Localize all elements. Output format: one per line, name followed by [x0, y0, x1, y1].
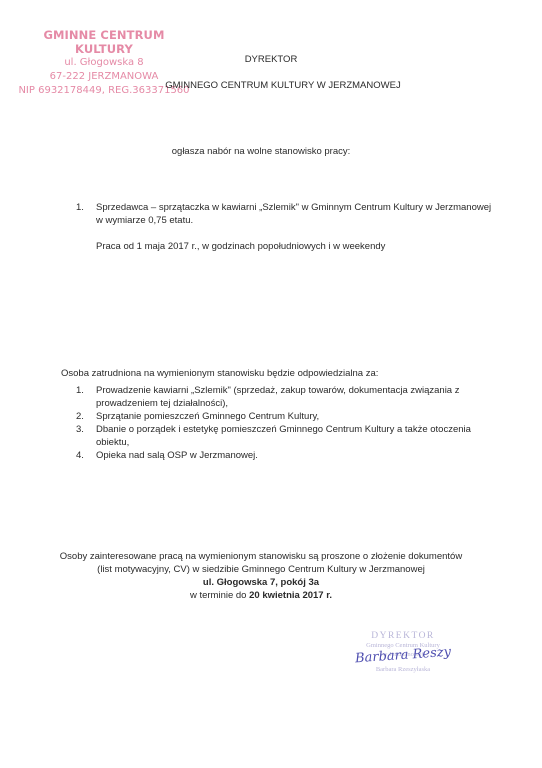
- application-address: ul. Głogowska 7, pokój 3a: [0, 576, 532, 589]
- duties-intro: Osoba zatrudniona na wymienionym stanowi…: [61, 367, 378, 380]
- announcement-text: ogłasza nabór na wolne stanowisko pracy:: [0, 146, 532, 157]
- duty-number: 2.: [76, 410, 84, 423]
- duties-list: 1.Prowadzenie kawiarni „Szlemik" (sprzed…: [76, 384, 516, 462]
- position-block: 1. Sprzedawca – sprzątaczka w kawiarni „…: [76, 201, 516, 253]
- duty-line-2: obiektu,: [96, 436, 516, 449]
- duty-number: 1.: [76, 384, 84, 397]
- stamp-director-name: Barbara Rzeszyłaska: [348, 665, 458, 674]
- duty-line-1: Prowadzenie kawiarni „Szlemik" (sprzedaż…: [96, 384, 516, 397]
- document-subtitle: GMINNEGO CENTRUM KULTURY W JERZMANOWEJ: [12, 80, 542, 91]
- position-item: 1. Sprzedawca – sprzątaczka w kawiarni „…: [76, 201, 516, 253]
- duty-line-2: prowadzeniem tej działalności),: [96, 397, 516, 410]
- duty-item: 1.Prowadzenie kawiarni „Szlemik" (sprzed…: [76, 384, 516, 410]
- duty-number: 3.: [76, 423, 84, 436]
- duty-item: 2.Sprzątanie pomieszczeń Gminnego Centru…: [76, 410, 516, 423]
- document-title: DYREKTOR: [0, 54, 542, 65]
- application-deadline: w terminie do 20 kwietnia 2017 r.: [0, 589, 532, 602]
- duty-item: 4.Opieka nad salą OSP w Jerzmanowej.: [76, 449, 516, 462]
- position-schedule: Praca od 1 maja 2017 r., w godzinach pop…: [96, 240, 516, 253]
- duty-item: 3.Dbanie o porządek i estetykę pomieszcz…: [76, 423, 516, 449]
- position-line-1: Sprzedawca – sprzątaczka w kawiarni „Szl…: [96, 201, 516, 214]
- duty-line-1: Opieka nad salą OSP w Jerzmanowej.: [96, 449, 516, 462]
- position-line-2: w wymiarze 0,75 etatu.: [96, 214, 516, 227]
- duty-line-1: Dbanie o porządek i estetykę pomieszczeń…: [96, 423, 516, 436]
- stamp-title: GMINNE CENTRUM KULTURY: [14, 28, 194, 56]
- duty-line-1: Sprzątanie pomieszczeń Gminnego Centrum …: [96, 410, 516, 423]
- position-number: 1.: [76, 201, 84, 214]
- application-line-2: (list motywacyjny, CV) w siedzibie Gminn…: [0, 563, 532, 576]
- stamp-director-title: DYREKTOR: [348, 632, 458, 641]
- duty-number: 4.: [76, 449, 84, 462]
- application-line-1: Osoby zainteresowane pracą na wymieniony…: [0, 550, 532, 563]
